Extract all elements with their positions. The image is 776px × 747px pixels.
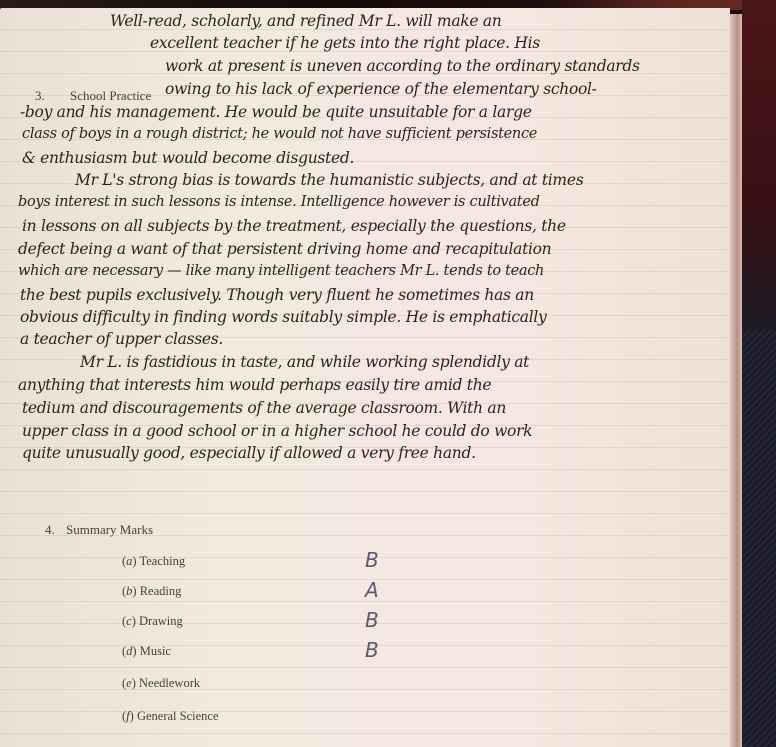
mark-grade: B (365, 608, 379, 632)
handwritten-line: Well-read, scholarly, and refined Mr L. … (110, 12, 776, 30)
handwritten-line: the best pupils exclusively. Though very… (20, 286, 740, 304)
mark-grade: B (365, 638, 379, 662)
summary-mark-general-science: (f) General Science (122, 709, 422, 729)
handwritten-line: & enthusiasm but would become disgusted. (22, 149, 742, 167)
section-4-label: Summary Marks (66, 522, 153, 538)
section-3-label: School Practice (70, 88, 151, 104)
handwritten-line: owing to his lack of experience of the e… (165, 80, 776, 98)
mark-grade: A (365, 578, 379, 602)
handwritten-line: Mr L. is fastidious in taste, and while … (80, 353, 776, 371)
handwritten-line: obvious difficulty in finding words suit… (20, 308, 740, 326)
handwritten-line: which are necessary — like many intellig… (18, 263, 738, 279)
handwritten-line: upper class in a good school or in a hig… (22, 422, 742, 440)
mark-label: (c) Drawing (122, 614, 183, 629)
mark-label: (b) Reading (122, 584, 181, 599)
mark-label: (f) General Science (122, 709, 219, 724)
handwritten-line: a teacher of upper classes. (20, 330, 740, 348)
handwritten-line: anything that interests him would perhap… (18, 376, 738, 394)
mark-grade: B (365, 548, 379, 572)
section-3-number: 3. (35, 88, 45, 104)
mark-label: (a) Teaching (122, 554, 185, 569)
mark-label: (d) Music (122, 644, 171, 659)
handwritten-line: quite unusually good, especially if allo… (22, 444, 742, 462)
handwritten-line: tedium and discouragements of the averag… (22, 399, 742, 417)
handwritten-line: work at present is uneven according to t… (165, 57, 776, 75)
handwritten-line: boys interest in such lessons is intense… (18, 194, 738, 210)
summary-mark-teaching: (a) Teaching B (122, 554, 422, 574)
handwritten-line: in lessons on all subjects by the treatm… (22, 217, 742, 235)
document-page: 3. School Practice Well-read, scholarly,… (0, 8, 730, 747)
summary-mark-drawing: (c) Drawing B (122, 614, 422, 634)
handwritten-line: class of boys in a rough district; he wo… (22, 126, 742, 142)
summary-mark-needlework: (e) Needlework (122, 676, 422, 696)
handwritten-line: excellent teacher if he gets into the ri… (150, 34, 776, 52)
section-4-number: 4. (45, 522, 55, 538)
handwritten-line: -boy and his management. He would be qui… (20, 103, 740, 121)
mark-label: (e) Needlework (122, 676, 200, 691)
handwritten-line: defect being a want of that persistent d… (18, 240, 738, 258)
handwritten-line: Mr L's strong bias is towards the humani… (75, 171, 776, 189)
summary-mark-reading: (b) Reading A (122, 584, 422, 604)
summary-mark-music: (d) Music B (122, 644, 422, 664)
